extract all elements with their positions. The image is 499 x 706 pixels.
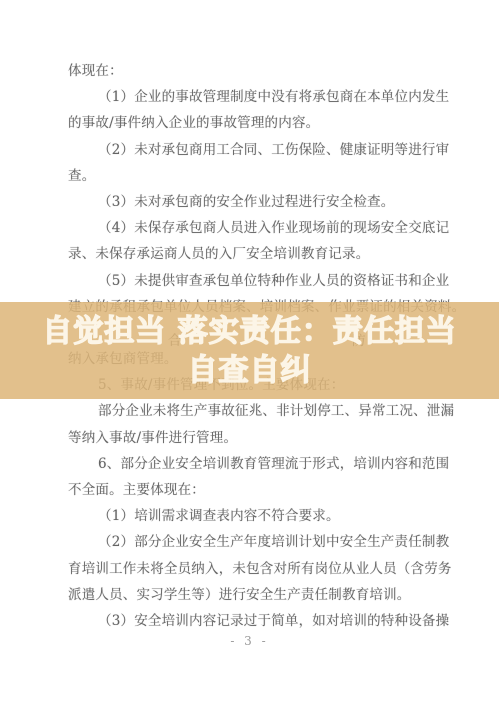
caption-title-line1: 自觉担当 落实责任：责任担当: [42, 312, 456, 351]
doc-line: （2）未对承包商用工合同、工伤保险、健康证明等进行审: [68, 137, 437, 163]
page-number: - 3 -: [0, 634, 499, 648]
doc-line: （1）培训需求调查表内容不符合要求。: [68, 503, 437, 529]
doc-line: （3）未对承包商的安全作业过程进行安全检查。: [68, 189, 437, 215]
doc-line: 派遣人员、实习学生等）进行安全生产责任制教育培训。: [68, 582, 437, 608]
caption-title-line2: 自查自纠: [188, 351, 312, 390]
doc-line: （5）未提供审查承包单位特种作业人员的资格证书和企业: [68, 268, 437, 294]
doc-line: （3）安全培训内容记录过于简单，如对培训的特种设备操: [68, 608, 437, 634]
doc-line: 部分企业未将生产事故征兆、非计划停工、异常工况、泄漏: [68, 398, 437, 424]
doc-line: 录、未保存承运商人员的入厂安全培训教育记录。: [68, 241, 437, 267]
scanned-document-page: 体现在： （1）企业的事故管理制度中没有将承包商在本单位内发生 的事故/事件纳入…: [0, 0, 499, 706]
doc-line: （2）部分企业安全生产年度培训计划中安全生产责任制教: [68, 529, 437, 555]
doc-line: 育培训工作未将全员纳入，未包含对所有岗位从业人员（含劳务: [68, 556, 437, 582]
doc-line: 不全面。主要体现在：: [68, 477, 437, 503]
doc-line: 等纳入事故/事件进行管理。: [68, 425, 437, 451]
doc-line: 体现在：: [68, 58, 437, 84]
doc-line: 6、部分企业安全培训教育管理流于形式，培训内容和范围: [68, 451, 437, 477]
doc-line: （1）企业的事故管理制度中没有将承包商在本单位内发生: [68, 84, 437, 110]
doc-line: 的事故/事件纳入企业的事故管理的内容。: [68, 110, 437, 136]
doc-line: 查。: [68, 163, 437, 189]
doc-line: （4）未保存承包商人员进入作业现场前的现场安全交底记: [68, 215, 437, 241]
caption-banner-overlay: 自觉担当 落实责任：责任担当 自查自纠: [0, 302, 499, 399]
